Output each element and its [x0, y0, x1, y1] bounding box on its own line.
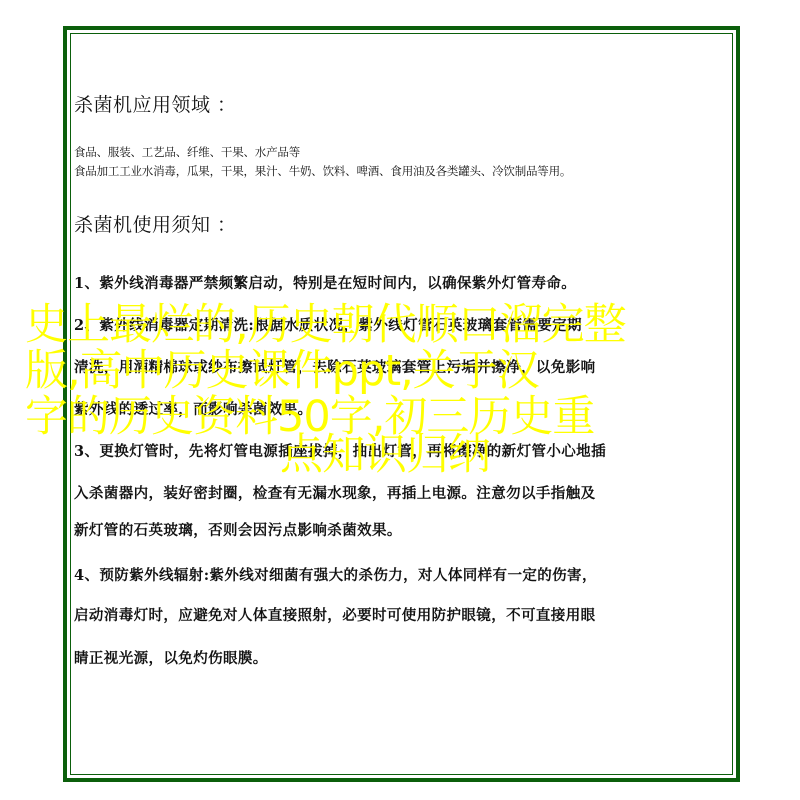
usage-line-3: 清洗，用酒精棉球或纱布擦试灯管，去除石英玻璃套管上污垢并擦净，以免影响 [74, 356, 596, 377]
usage-line-9: 启动消毒灯时，应避免对人体直接照射，必要时可使用防护眼镜，不可直接用眼 [74, 604, 596, 625]
usage-line-1: 1、紫外线消毒器严禁频繁启动，特别是在短时间内，以确保紫外灯管寿命。 [74, 272, 576, 293]
usage-line-5: 3、更换灯管时，先将灯管电源插座拔掉，抽出灯管，再将擦净的新灯管小心地插 [74, 440, 606, 461]
applications-line-2: 食品加工工业水消毒，瓜果，干果，果汁、牛奶、饮料、啤酒、食用油及各类罐头、冷饮制… [74, 163, 571, 179]
applications-line-1: 食品、服装、工艺品、纤维、干果、水产品等 [74, 144, 300, 160]
section-heading-applications: 杀菌机应用领域 ： [74, 90, 237, 117]
page-canvas: 杀菌机应用领域 ： 食品、服装、工艺品、纤维、干果、水产品等 食品加工工业水消毒… [0, 0, 800, 800]
usage-line-10: 睛正视光源，以免灼伤眼膜。 [74, 647, 268, 668]
usage-line-2: 2、紫外线消毒器定期清洗:根据水质状况，紫外线灯管石英玻璃套管需要定期 [74, 314, 582, 335]
usage-line-6: 入杀菌器内，装好密封圈，检查有无漏水现象，再插上电源。注意勿以手指触及 [74, 482, 596, 503]
usage-line-8: 4、预防紫外线辐射:紫外线对细菌有强大的杀伤力，对人体同样有一定的伤害， [74, 564, 597, 585]
usage-line-4: 紫外线的透过率，而影响杀菌效果。 [74, 398, 312, 419]
usage-line-7: 新灯管的石英玻璃，否则会因污点影响杀菌效果。 [74, 519, 402, 540]
section-heading-usage-notes: 杀菌机使用须知 ： [74, 210, 237, 237]
